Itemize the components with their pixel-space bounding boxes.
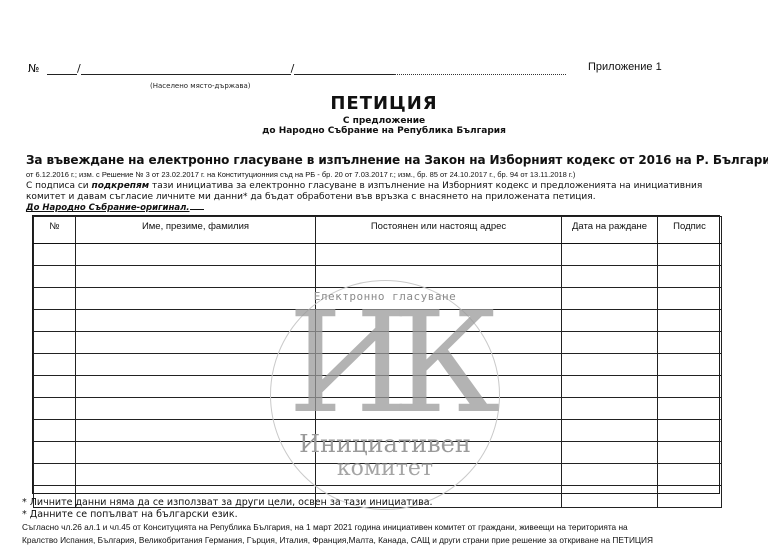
table-row [34, 442, 722, 464]
page-title: ПЕТИЦИЯ [0, 93, 768, 114]
petition-number-line: № // [28, 62, 566, 75]
cell-number[interactable] [34, 288, 76, 310]
cell-birthdate[interactable] [562, 442, 658, 464]
table-row [34, 398, 722, 420]
legal-basis-line2: Кралство Испания, България, Великобритан… [22, 535, 653, 545]
petition-headline: За въвеждане на електронно гласуване в и… [26, 153, 768, 167]
cell-signature[interactable] [658, 266, 722, 288]
signature-table: № Име, презиме, фамилия Постоянен или на… [32, 215, 720, 494]
place-caption: (Населено място-държава) [150, 82, 251, 90]
cell-address[interactable] [316, 354, 562, 376]
table-header-row: № Име, презиме, фамилия Постоянен или на… [34, 217, 722, 244]
cell-birthdate[interactable] [562, 266, 658, 288]
cell-signature[interactable] [658, 288, 722, 310]
cell-name[interactable] [76, 398, 316, 420]
table-row [34, 288, 722, 310]
subtitle-addressee: до Народно Събрание на Република Българи… [0, 126, 768, 136]
col-header-number: № [34, 217, 76, 244]
cell-birthdate[interactable] [562, 420, 658, 442]
cell-address[interactable] [316, 376, 562, 398]
cell-signature[interactable] [658, 354, 722, 376]
cell-signature[interactable] [658, 464, 722, 486]
cell-birthdate[interactable] [562, 332, 658, 354]
consent-prefix: С подписа си [26, 181, 91, 191]
cell-name[interactable] [76, 332, 316, 354]
amendments-text: от 6.12.2016 г.; изм. с Решение № 3 от 2… [26, 170, 575, 179]
place-field[interactable] [81, 62, 291, 75]
cell-number[interactable] [34, 376, 76, 398]
cell-number[interactable] [34, 442, 76, 464]
cell-number[interactable] [34, 244, 76, 266]
cell-name[interactable] [76, 376, 316, 398]
cell-address[interactable] [316, 288, 562, 310]
cell-address[interactable] [316, 398, 562, 420]
col-header-birthdate: Дата на раждане [562, 217, 658, 244]
subtitle-proposal: С предложение [0, 116, 768, 126]
table-row [34, 332, 722, 354]
cell-number[interactable] [34, 310, 76, 332]
cell-address[interactable] [316, 332, 562, 354]
col-header-name: Име, презиме, фамилия [76, 217, 316, 244]
legal-basis-line1: Съгласно чл.26 ал.1 и чл.45 от Конситуци… [22, 522, 628, 532]
cell-signature[interactable] [658, 376, 722, 398]
cell-birthdate[interactable] [562, 354, 658, 376]
cell-signature[interactable] [658, 398, 722, 420]
table-row [34, 310, 722, 332]
cell-name[interactable] [76, 442, 316, 464]
cell-number[interactable] [34, 266, 76, 288]
cell-address[interactable] [316, 310, 562, 332]
cell-name[interactable] [76, 464, 316, 486]
consent-text-line1: С подписа си подкрепям тази инициатива з… [26, 181, 702, 191]
cell-address[interactable] [316, 266, 562, 288]
cell-birthdate[interactable] [562, 398, 658, 420]
footnote-data-use: * Личните данни няма да се използват за … [22, 497, 433, 508]
cell-name[interactable] [76, 354, 316, 376]
cell-birthdate[interactable] [562, 244, 658, 266]
number-field[interactable] [47, 62, 77, 75]
table-row [34, 244, 722, 266]
table-row [34, 266, 722, 288]
cell-number[interactable] [34, 398, 76, 420]
dotted-field[interactable] [394, 62, 566, 75]
cell-birthdate[interactable] [562, 464, 658, 486]
cell-birthdate[interactable] [562, 376, 658, 398]
cell-name[interactable] [76, 288, 316, 310]
cell-signature[interactable] [658, 486, 722, 508]
table-row [34, 376, 722, 398]
number-symbol: № [28, 62, 39, 75]
cell-birthdate[interactable] [562, 486, 658, 508]
table-row [34, 420, 722, 442]
consent-text-line2: комитет и давам съгласие личните ми данн… [26, 192, 596, 202]
cell-number[interactable] [34, 354, 76, 376]
cell-signature[interactable] [658, 420, 722, 442]
cell-address[interactable] [316, 420, 562, 442]
cell-address[interactable] [316, 464, 562, 486]
cell-name[interactable] [76, 244, 316, 266]
col-header-address: Постоянен или настоящ адрес [316, 217, 562, 244]
cell-name[interactable] [76, 420, 316, 442]
cell-name[interactable] [76, 310, 316, 332]
cell-address[interactable] [316, 442, 562, 464]
cell-address[interactable] [316, 244, 562, 266]
cell-signature[interactable] [658, 332, 722, 354]
cell-signature[interactable] [658, 244, 722, 266]
cell-number[interactable] [34, 420, 76, 442]
consent-emphasis: подкрепям [91, 181, 149, 191]
cell-number[interactable] [34, 464, 76, 486]
cell-signature[interactable] [658, 310, 722, 332]
table-row [34, 354, 722, 376]
cell-birthdate[interactable] [562, 288, 658, 310]
footnote-language: * Данните се попълват на български език. [22, 509, 238, 520]
col-header-signature: Подпис [658, 217, 722, 244]
table-row [34, 464, 722, 486]
cell-signature[interactable] [658, 442, 722, 464]
consent-rest: тази инициатива за електронно гласуване … [149, 181, 702, 191]
cell-name[interactable] [76, 266, 316, 288]
cell-number[interactable] [34, 332, 76, 354]
date-field[interactable] [294, 62, 394, 75]
annex-label: Приложение 1 [588, 61, 662, 73]
cell-birthdate[interactable] [562, 310, 658, 332]
original-note: До Народно Събрание-оригинал. [26, 203, 204, 213]
